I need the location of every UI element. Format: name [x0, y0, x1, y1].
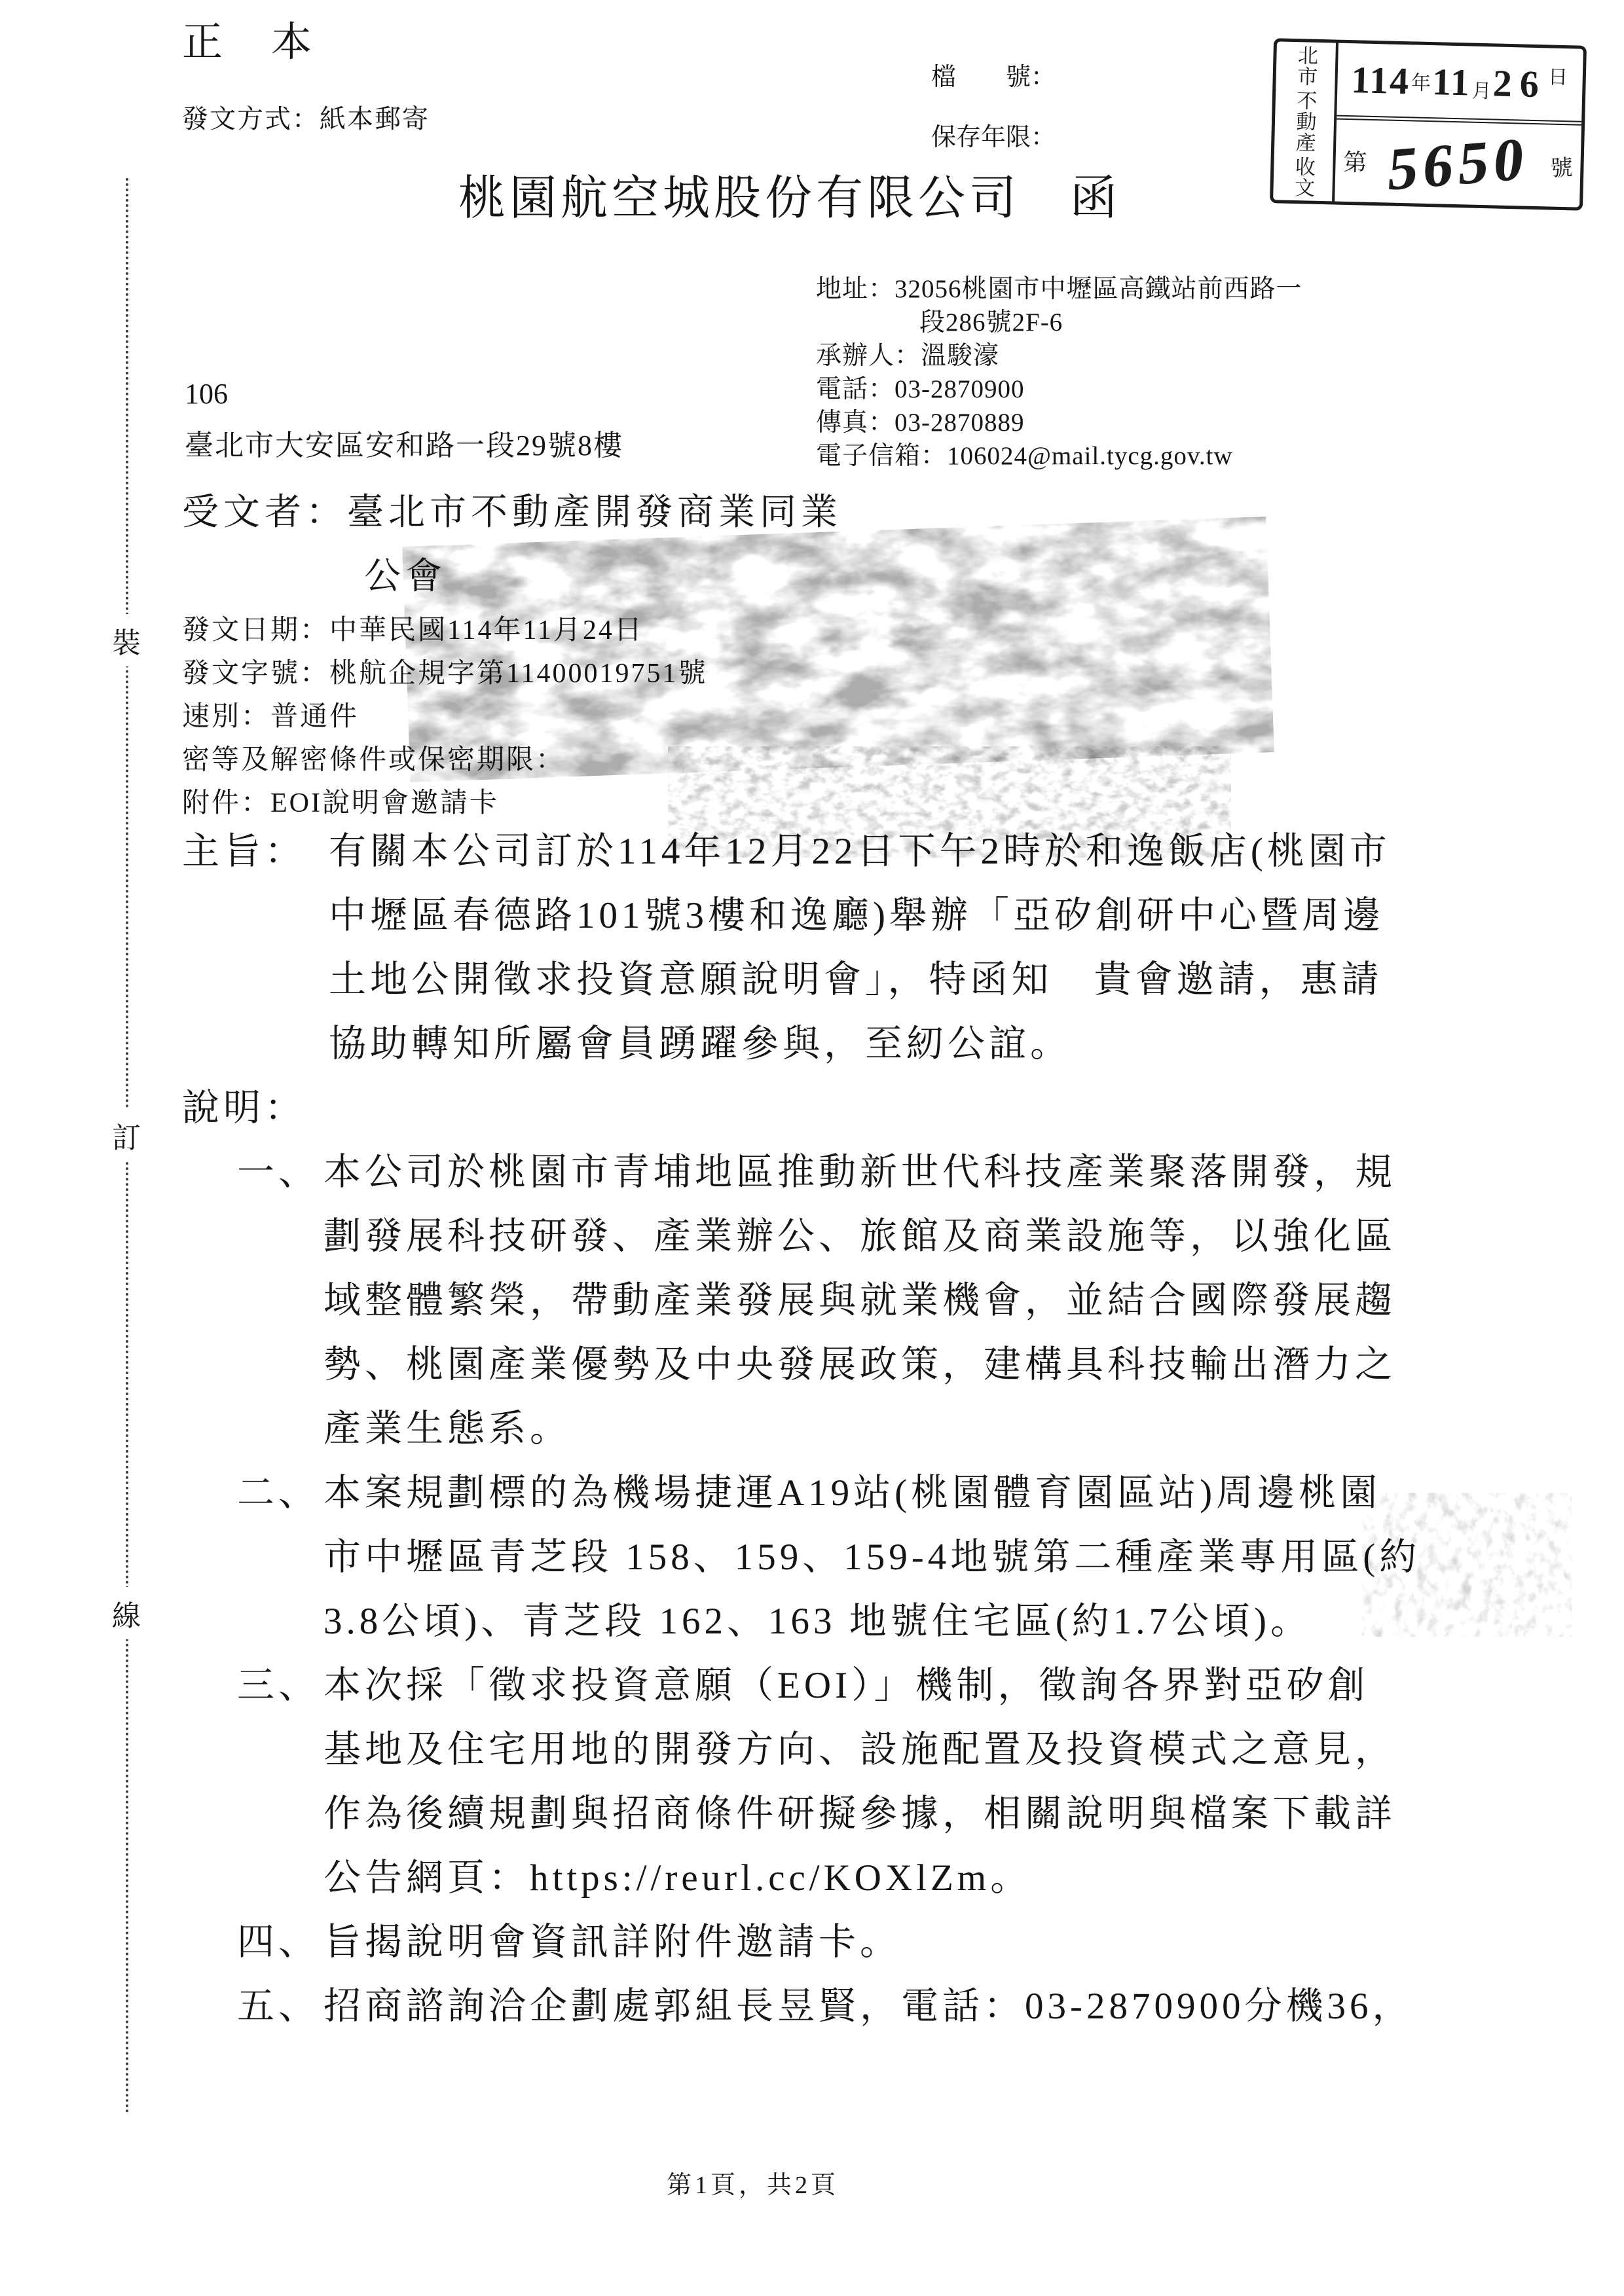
recipient-address: 臺北市大安區安和路一段29號8樓: [185, 422, 623, 464]
recipient-label: 受文者：: [182, 492, 347, 533]
item-line: 基地及住宅用地的開發方向、設施配置及投資模式之意見，: [323, 1718, 1498, 1782]
item-lines: 本次採「徵求投資意願（EOI）」機制，徵詢各界對亞矽創 基地及住宅用地的開發方向…: [323, 1654, 1498, 1910]
letter-body: 主旨： 有關本公司訂於114年12月22日下午2時於和逸飯店(桃園市 中壢區春德…: [182, 820, 1498, 2039]
meta-docno-value: 桃航企規字第11400019751號: [329, 659, 707, 689]
meta-speed-value: 普通件: [270, 702, 359, 732]
sender-fax-label: 傳真：: [816, 409, 895, 437]
retention-period-label: 保存年限：: [931, 117, 1056, 153]
meta-speed-line: 速別：普通件: [182, 695, 707, 738]
subject-lines: 有關本公司訂於114年12月22日下午2時於和逸飯店(桃園市 中壢區春德路101…: [329, 820, 1498, 1076]
item-line: 公告網頁：https://reurl.cc/KOXlZm。: [323, 1846, 1498, 1910]
sender-phone-label: 電話：: [816, 375, 895, 403]
recipient-name-line2: 公會: [364, 547, 447, 600]
item-number: 三、: [237, 1654, 323, 1910]
stamp-number: 5650: [1385, 122, 1532, 204]
official-letter-page: 裝 訂 線 正 本 發文方式：紙本郵寄 檔 號： 保存年限： 北市 不動產 收文…: [0, 0, 1624, 2296]
item-lines: 招商諮詢洽企劃處郭組長昱賢，電話：03-2870900分機36，: [323, 1975, 1498, 2039]
margin-label-ding: 訂: [106, 1109, 147, 1161]
stamp-org-top: 北市: [1295, 45, 1317, 87]
receipt-stamp-number-row: 第 5650 號: [1335, 120, 1581, 208]
item-line: 本案規劃標的為機場捷運A19站(桃園體育園區站)周邊桃園: [323, 1461, 1498, 1525]
item-line: 3.8公頃)、青芝段 162、163 地號住宅區(約1.7公頃)。: [323, 1590, 1498, 1654]
explanation-item-1: 一、 本公司於桃園市青埔地區推動新世代科技產業聚落開發，規 劃發展科技研發、產業…: [237, 1140, 1498, 1461]
meta-date-value: 中華民國114年11月24日: [329, 615, 644, 646]
item-line: 招商諮詢洽企劃處郭組長昱賢，電話：03-2870900分機36，: [323, 1975, 1498, 2039]
explanation-label: 說明：: [182, 1076, 1498, 1140]
sender-address-label: 地址：: [816, 275, 895, 303]
subject-line: 有關本公司訂於114年12月22日下午2時於和逸飯店(桃園市: [329, 820, 1498, 884]
receipt-stamp-body: 114 年 11 月 26 日 第 5650 號: [1335, 43, 1583, 208]
explanation-item-2: 二、 本案規劃標的為機場捷運A19站(桃園體育園區站)周邊桃園 市中壢區青芝段 …: [237, 1461, 1498, 1654]
meta-docno-label: 發文字號：: [182, 659, 329, 689]
sender-phone-line: 電話：03-2870900: [816, 373, 1302, 406]
delivery-method: 發文方式：紙本郵寄: [182, 98, 430, 136]
file-number-label: 檔 號：: [931, 56, 1056, 92]
document-meta-block: 發文日期：中華民國114年11月24日 發文字號：桃航企規字第114000197…: [182, 609, 707, 825]
stamp-number-prefix: 第: [1343, 144, 1367, 178]
sender-officer-label: 承辦人：: [816, 342, 921, 370]
item-number: 二、: [237, 1461, 323, 1654]
meta-security-label: 密等及解密條件或保密期限：: [182, 745, 565, 775]
stamp-month-unit: 月: [1471, 75, 1492, 104]
item-lines: 旨揭說明會資訊詳附件邀請卡。: [323, 1910, 1498, 1975]
item-number: 五、: [237, 1975, 323, 2039]
sender-address-line2: 段286號2F-6: [816, 306, 1302, 339]
page-number-footer: 第1頁，共2頁: [667, 2164, 839, 2200]
item-line: 域整體繁榮，帶動產業發展與就業機會，並結合國際發展趨: [323, 1269, 1498, 1333]
subject-line: 土地公開徵求投資意願說明會」，特函知 貴會邀請，惠請: [329, 948, 1498, 1012]
stamp-month: 11: [1431, 60, 1471, 104]
subject-label: 主旨：: [182, 820, 329, 1076]
sender-address-value1: 32056桃園市中壢區高鐵站前西路一: [895, 275, 1302, 303]
sender-contact-block: 地址：32056桃園市中壢區高鐵站前西路一 段286號2F-6 承辦人：溫駿濠 …: [816, 272, 1302, 473]
stamp-day: 26: [1492, 61, 1547, 106]
receipt-stamp: 北市 不動產 收文 114 年 11 月 26 日 第 5650 號: [1270, 38, 1587, 211]
meta-security-line: 密等及解密條件或保密期限：: [182, 738, 707, 782]
meta-attachment-value: EOI說明會邀請卡: [270, 788, 499, 818]
stamp-day-unit: 日: [1548, 60, 1568, 90]
recipient-name-line1: 臺北市不動產開發商業同業: [347, 492, 842, 533]
sender-address-line1: 地址：32056桃園市中壢區高鐵站前西路一: [816, 272, 1302, 306]
margin-label-zhuang: 裝: [106, 614, 147, 666]
stamp-number-suffix: 號: [1550, 150, 1573, 183]
subject-line: 協助轉知所屬會員踴躍參與，至紉公誼。: [329, 1012, 1498, 1076]
meta-speed-label: 速別：: [182, 702, 270, 732]
explanation-item-3: 三、 本次採「徵求投資意願（EOI）」機制，徵詢各界對亞矽創 基地及住宅用地的開…: [237, 1654, 1498, 1910]
item-line: 本次採「徵求投資意願（EOI）」機制，徵詢各界對亞矽創: [323, 1654, 1498, 1718]
sender-officer-line: 承辦人：溫駿濠: [816, 339, 1302, 373]
item-lines: 本案規劃標的為機場捷運A19站(桃園體育園區站)周邊桃園 市中壢區青芝段 158…: [323, 1461, 1498, 1654]
item-line: 市中壢區青芝段 158、159、159-4地號第二種產業專用區(約: [323, 1525, 1498, 1590]
item-line: 劃發展科技研發、產業辦公、旅館及商業設施等，以強化區: [323, 1205, 1498, 1269]
meta-date-line: 發文日期：中華民國114年11月24日: [182, 609, 707, 652]
explanation-item-5: 五、 招商諮詢洽企劃處郭組長昱賢，電話：03-2870900分機36，: [237, 1975, 1498, 2039]
sender-phone-value: 03-2870900: [895, 375, 1025, 403]
copy-type-label: 正 本: [182, 9, 316, 67]
stamp-year: 114: [1351, 58, 1411, 103]
sender-email-value: 106024@mail.tycg.gov.tw: [947, 442, 1233, 470]
explanation-item-4: 四、 旨揭說明會資訊詳附件邀請卡。: [237, 1910, 1498, 1975]
item-number: 四、: [237, 1910, 323, 1975]
subject-paragraph: 主旨： 有關本公司訂於114年12月22日下午2時於和逸飯店(桃園市 中壢區春德…: [182, 820, 1498, 1076]
item-line: 旨揭說明會資訊詳附件邀請卡。: [323, 1910, 1498, 1975]
subject-line: 中壢區春德路101號3樓和逸廳)舉辦「亞矽創研中心暨周邊: [329, 884, 1498, 948]
meta-date-label: 發文日期：: [182, 615, 329, 646]
receipt-stamp-date: 114 年 11 月 26 日: [1337, 43, 1583, 126]
stamp-org-mid: 不動產: [1293, 90, 1315, 153]
meta-docno-line: 發文字號：桃航企規字第11400019751號: [182, 652, 707, 695]
margin-label-xian: 線: [106, 1587, 147, 1639]
item-line: 勢、桃園產業優勢及中央發展政策，建構具科技輸出潛力之: [323, 1333, 1498, 1397]
recipient-line: 受文者：臺北市不動產開發商業同業: [182, 483, 842, 536]
explanation-items: 一、 本公司於桃園市青埔地區推動新世代科技產業聚落開發，規 劃發展科技研發、產業…: [237, 1140, 1498, 2039]
stamp-org-bottom: 收文: [1293, 156, 1314, 198]
item-line: 作為後續規劃與招商條件研擬參據，相關說明與檔案下載詳: [323, 1782, 1498, 1846]
item-lines: 本公司於桃園市青埔地區推動新世代科技產業聚落開發，規 劃發展科技研發、產業辦公、…: [323, 1140, 1498, 1461]
sender-fax-value: 03-2870889: [895, 409, 1025, 437]
sender-officer-value: 溫駿濠: [921, 342, 999, 370]
document-title: 桃園航空城股份有限公司 函: [458, 160, 1121, 228]
item-number: 一、: [237, 1140, 323, 1461]
document-type: 函: [1070, 160, 1121, 228]
sender-email-line: 電子信箱：106024@mail.tycg.gov.tw: [816, 439, 1302, 473]
meta-attachment-line: 附件：EOI說明會邀請卡: [182, 782, 707, 825]
receipt-stamp-org: 北市 不動產 收文: [1273, 41, 1338, 201]
sender-fax-line: 傳真：03-2870889: [816, 406, 1302, 439]
sender-email-label: 電子信箱：: [816, 442, 947, 470]
stamp-year-unit: 年: [1411, 66, 1431, 96]
item-line: 本公司於桃園市青埔地區推動新世代科技產業聚落開發，規: [323, 1140, 1498, 1205]
issuer-name: 桃園航空城股份有限公司: [458, 160, 1020, 228]
item-line: 產業生態系。: [323, 1397, 1498, 1461]
recipient-postal-code: 106: [185, 377, 228, 410]
meta-attachment-label: 附件：: [182, 788, 270, 818]
